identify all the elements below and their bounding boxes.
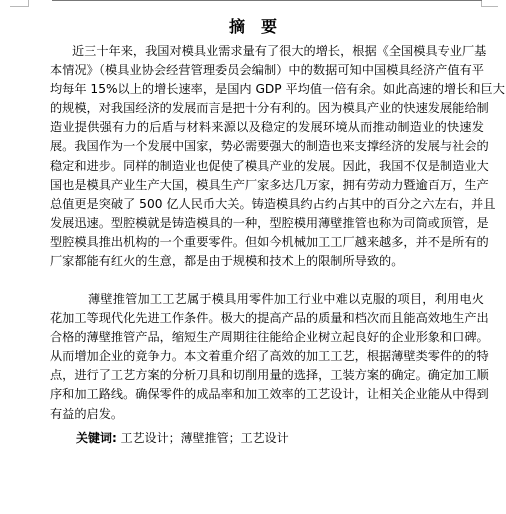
title-char-1: 摘	[229, 17, 245, 36]
abstract-paragraph-1: 近三十年来，我国对模具业需求量有了很大的增长，根据《全国模具专业厂基 本情况》（…	[50, 42, 484, 271]
abstract-paragraph-2: 薄壁推管加工工艺属于模具用零件加工行业中难以克服的项目，利用电火 花加工等现代化…	[50, 290, 484, 424]
text-line: 均每年 15%以上的增长速率，是国内 GDP 平均值一倍有余。如此高速的增长和巨…	[50, 80, 484, 99]
text-line: 稳定和进步。同样的制造业也促使了模具产业的发展。因此，我国不仅是制造业大	[50, 157, 484, 176]
text-line: 的规模，对我国经济的发展而言是把十分有利的。因为模具产业的快速发展能给制	[50, 99, 484, 118]
text-line: 发展迅速。型腔模就是铸造模具的一种，型腔模用薄壁推管也称为司筒或顶管，是	[50, 214, 484, 233]
title-char-2: 要	[261, 17, 277, 36]
crop-mark-top-right-vertical	[481, 0, 482, 7]
text-line: 近三十年来，我国对模具业需求量有了很大的增长，根据《全国模具专业厂基	[50, 42, 484, 61]
text-line: 展。我国作为一个发展中国家，势必需要强大的制造也来支撑经济的发展与社会的	[50, 137, 484, 156]
text-line: 厂家都能有红火的生意，都是由于规模和技术上的限制所导致的。	[50, 252, 484, 271]
text-line: 从而增加企业的竟争力。本文着重介绍了高效的加工工艺，根据薄壁类零件的的特	[50, 347, 484, 366]
text-line: 花加工等现代化先进工作条件。极大的提高产品的质量和档次而且能高效地生产出	[50, 309, 484, 328]
text-line: 序和加工路线。确保零件的成品率和加工效率的工艺设计，让相关企业能从中得到	[50, 385, 484, 404]
text-line: 本情况》（模具业协会经营管理委员会编制）中的数据可知中国模具经济产值有平	[50, 61, 484, 80]
page-top-border	[52, 0, 482, 1]
text-line: 合格的薄壁推管产品，缩短生产周期往往能给企业树立起良好的企业形象和口碑。	[50, 328, 484, 347]
text-line: 总值更是突破了 500 亿人民币大关。铸造模具约占约占其中的百分之六左右，并且	[50, 195, 484, 214]
page-title: 摘要	[0, 14, 506, 37]
text-line: 型腔模具推出机构的一个重要零件。但如今机械加工工厂越来越多，并不是所有的	[50, 233, 484, 252]
keywords-value: 工艺设计；薄壁推管；工艺设计	[121, 431, 289, 445]
crop-mark-top-left-vertical	[28, 0, 29, 7]
keywords-label: 关键词:	[76, 431, 117, 445]
text-line: 造业提供强有力的后盾与材料来源以及稳定的发展环境从而推动制造业的快速发	[50, 118, 484, 137]
crop-mark-top-right-horizontal	[481, 6, 498, 7]
keywords: 关键词: 工艺设计；薄壁推管；工艺设计	[76, 429, 289, 446]
text-line: 有益的启发。	[50, 405, 484, 424]
crop-mark-top-left-horizontal	[10, 6, 29, 7]
text-line: 点，进行了工艺方案的分析刀具和切削用量的选择，工装方案的确定。确定加工顺	[50, 366, 484, 385]
text-line: 薄壁推管加工工艺属于模具用零件加工行业中难以克服的项目，利用电火	[50, 290, 484, 309]
text-line: 国也是模具产业生产大国，模具生产厂家多达几万家，拥有劳动力暨逾百万，生产	[50, 176, 484, 195]
